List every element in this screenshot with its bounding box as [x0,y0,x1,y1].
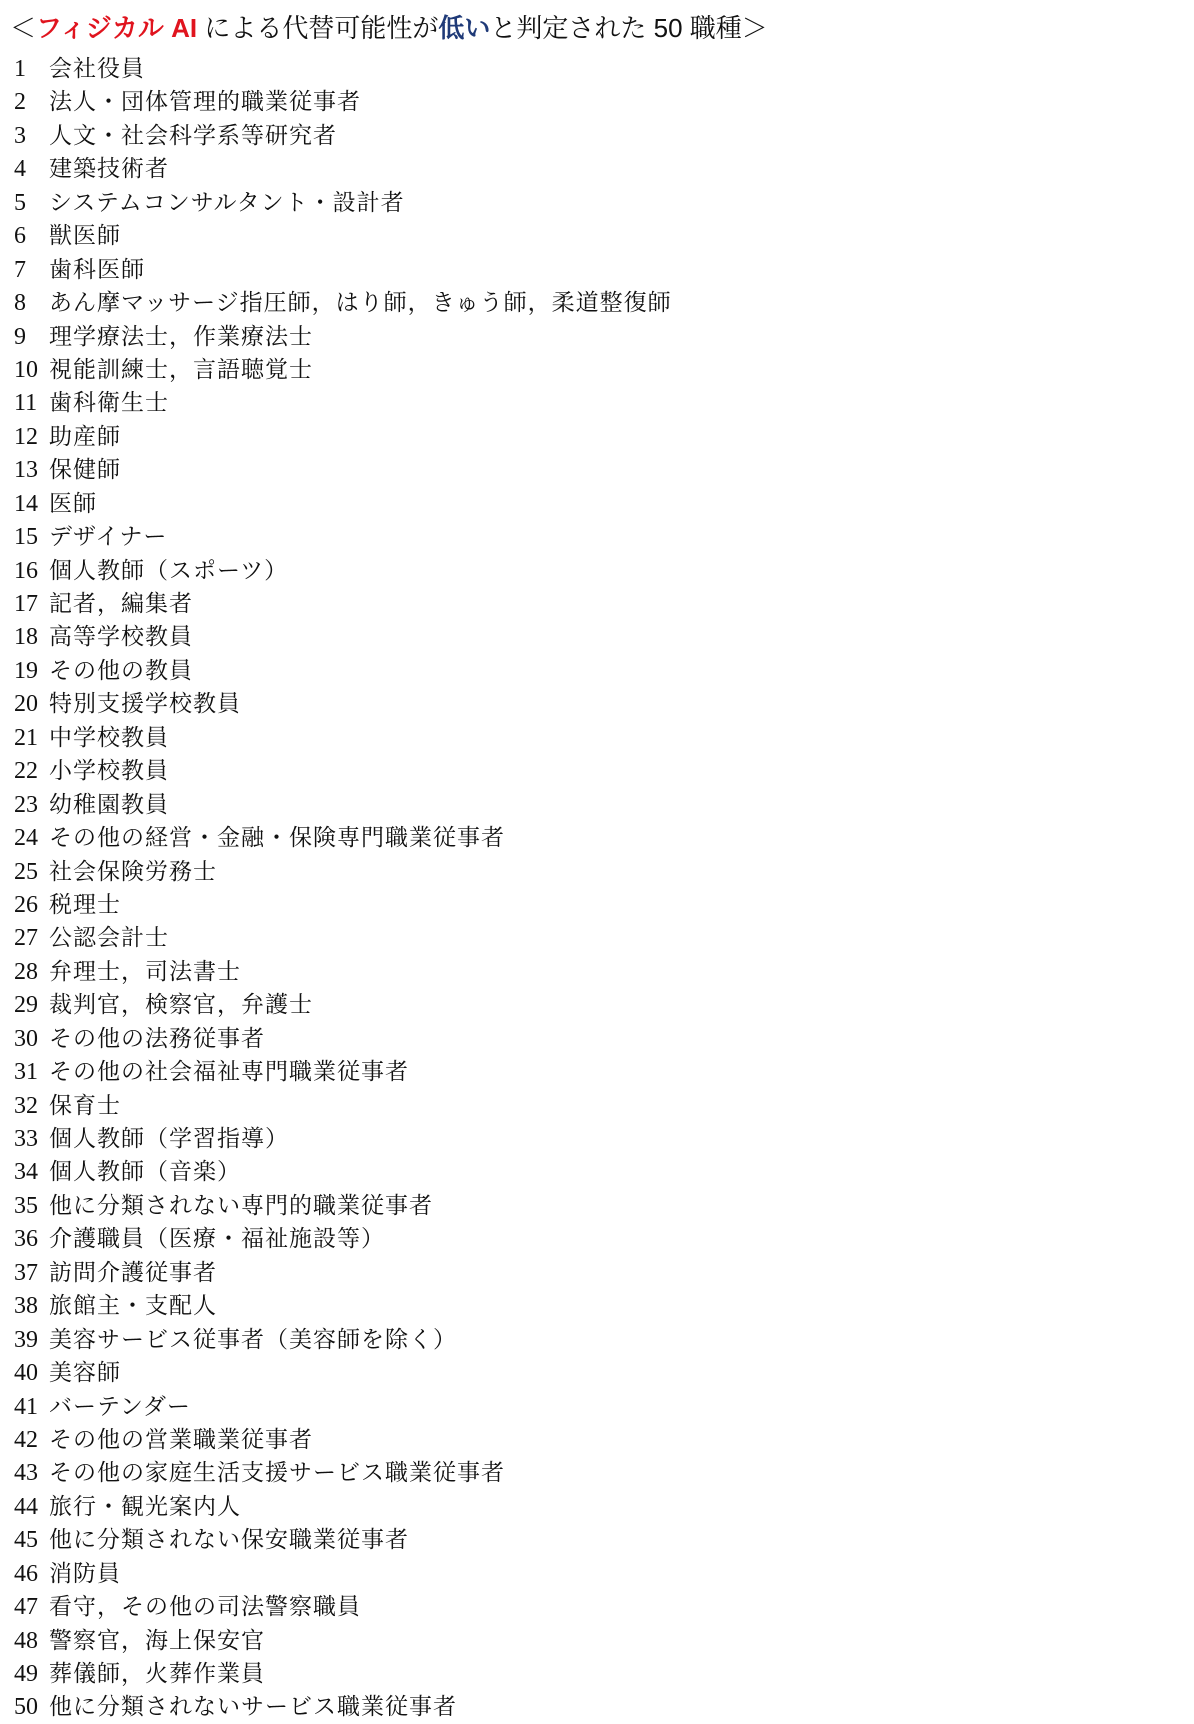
occupation-name: 人文・社会科学系等研究者 [49,120,337,153]
item-number: 33 [14,1123,49,1156]
item-number: 31 [14,1056,49,1089]
list-item: 45他に分類されない保安職業従事者 [14,1524,672,1557]
item-number: 50 [14,1691,49,1724]
occupation-name: 社会保険労務士 [49,856,217,889]
item-number: 6 [14,220,49,253]
occupation-name: 記者，編集者 [49,588,193,621]
occupation-name: 裁判官，検察官，弁護士 [49,989,313,1022]
item-number: 2 [14,86,49,119]
item-number: 35 [14,1190,49,1223]
item-number: 3 [14,120,49,153]
list-item: 29裁判官，検察官，弁護士 [14,989,672,1022]
item-number: 42 [14,1424,49,1457]
list-item: 31その他の社会福祉専門職業従事者 [14,1056,672,1089]
occupation-name: システムコンサルタント・設計者 [49,187,405,220]
list-item: 11歯科衛生士 [14,387,672,420]
item-number: 19 [14,655,49,688]
occupation-name: 小学校教員 [49,755,169,788]
list-item: 48警察官，海上保安官 [14,1625,672,1658]
occupation-name: 保健師 [49,454,121,487]
title-highlight-physical-ai: フィジカル AI [36,13,197,43]
item-number: 26 [14,889,49,922]
list-item: 3人文・社会科学系等研究者 [14,120,672,153]
list-item: 43その他の家庭生活支援サービス職業従事者 [14,1457,672,1490]
item-number: 23 [14,789,49,822]
item-number: 28 [14,956,49,989]
occupation-name: 会社役員 [49,53,145,86]
occupation-name: 助産師 [49,421,121,454]
item-number: 45 [14,1524,49,1557]
title-text-part2: と判定された 50 職種 [490,13,741,43]
occupation-name: 介護職員（医療・福祉施設等） [49,1223,385,1256]
occupation-name: 幼稚園教員 [49,789,169,822]
list-item: 41バーテンダー [14,1391,672,1424]
item-number: 24 [14,822,49,855]
item-number: 37 [14,1257,49,1290]
occupation-name: その他の社会福祉専門職業従事者 [49,1056,409,1089]
occupation-name: 葬儀師，火葬作業員 [49,1658,265,1691]
title-open-bracket: ＜ [10,13,36,43]
item-number: 22 [14,755,49,788]
item-number: 17 [14,588,49,621]
occupation-name: その他の家庭生活支援サービス職業従事者 [49,1457,505,1490]
occupation-name: 法人・団体管理的職業従事者 [49,86,361,119]
occupation-name: 獣医師 [49,220,121,253]
list-item: 42その他の営業職業従事者 [14,1424,672,1457]
item-number: 5 [14,187,49,220]
list-item: 6獣医師 [14,220,672,253]
occupation-name: 特別支援学校教員 [49,688,241,721]
list-item: 47看守，その他の司法警察職員 [14,1591,672,1624]
item-number: 49 [14,1658,49,1691]
list-item: 49葬儀師，火葬作業員 [14,1658,672,1691]
list-item: 24その他の経営・金融・保険専門職業従事者 [14,822,672,855]
list-item: 9理学療法士，作業療法士 [14,321,672,354]
list-item: 39美容サービス従事者（美容師を除く） [14,1324,672,1357]
item-number: 9 [14,321,49,354]
occupation-name: 他に分類されない専門的職業従事者 [49,1190,433,1223]
occupation-name: バーテンダー [49,1391,191,1424]
occupation-name: 警察官，海上保安官 [49,1625,265,1658]
item-number: 40 [14,1357,49,1390]
item-number: 8 [14,287,49,320]
item-number: 46 [14,1558,49,1591]
list-item: 33個人教師（学習指導） [14,1123,672,1156]
occupation-name: 美容サービス従事者（美容師を除く） [49,1324,457,1357]
occupation-name: 視能訓練士，言語聴覚士 [49,354,313,387]
occupation-name: あん摩マッサージ指圧師，はり師，きゅう師，柔道整復師 [49,287,672,320]
occupation-name: 中学校教員 [49,722,169,755]
list-item: 14医師 [14,488,672,521]
list-item: 25社会保険労務士 [14,856,672,889]
item-number: 20 [14,688,49,721]
occupation-name: 建築技術者 [49,153,169,186]
item-number: 12 [14,421,49,454]
occupation-name: 理学療法士，作業療法士 [49,321,313,354]
item-number: 14 [14,488,49,521]
title-text-part1: による代替可能性が [197,13,438,43]
item-number: 16 [14,555,49,588]
item-number: 34 [14,1156,49,1189]
item-number: 27 [14,922,49,955]
occupation-list: 1会社役員2法人・団体管理的職業従事者3人文・社会科学系等研究者4建築技術者5シ… [14,53,672,1724]
item-number: 21 [14,722,49,755]
occupation-name: その他の経営・金融・保険専門職業従事者 [49,822,505,855]
list-item: 26税理士 [14,889,672,922]
list-item: 32保育士 [14,1090,672,1123]
occupation-name: その他の教員 [49,655,193,688]
list-item: 18高等学校教員 [14,621,672,654]
item-number: 41 [14,1391,49,1424]
occupation-name: 個人教師（スポーツ） [49,555,288,588]
occupation-name: 歯科衛生士 [49,387,169,420]
list-item: 2法人・団体管理的職業従事者 [14,86,672,119]
list-item: 34個人教師（音楽） [14,1156,672,1189]
occupation-name: その他の法務従事者 [49,1023,265,1056]
item-number: 7 [14,254,49,287]
list-item: 21中学校教員 [14,722,672,755]
list-item: 36介護職員（医療・福祉施設等） [14,1223,672,1256]
list-item: 10視能訓練士，言語聴覚士 [14,354,672,387]
title-close-bracket: ＞ [742,13,768,43]
item-number: 10 [14,354,49,387]
item-number: 39 [14,1324,49,1357]
list-item: 4建築技術者 [14,153,672,186]
list-item: 35他に分類されない専門的職業従事者 [14,1190,672,1223]
occupation-name: 訪問介護従事者 [49,1257,217,1290]
item-number: 4 [14,153,49,186]
item-number: 44 [14,1491,49,1524]
list-item: 7歯科医師 [14,254,672,287]
list-item: 38旅館主・支配人 [14,1290,672,1323]
occupation-name: 旅館主・支配人 [49,1290,217,1323]
list-item: 50他に分類されないサービス職業従事者 [14,1691,672,1724]
item-number: 36 [14,1223,49,1256]
item-number: 47 [14,1591,49,1624]
occupation-name: 保育士 [49,1090,121,1123]
occupation-name: 旅行・観光案内人 [49,1491,241,1524]
occupation-name: デザイナー [49,521,167,554]
item-number: 48 [14,1625,49,1658]
occupation-name: 高等学校教員 [49,621,193,654]
occupation-name: 他に分類されないサービス職業従事者 [49,1691,457,1724]
list-item: 8あん摩マッサージ指圧師，はり師，きゅう師，柔道整復師 [14,287,672,320]
occupation-name: 弁理士，司法書士 [49,956,241,989]
occupation-name: 個人教師（音楽） [49,1156,241,1189]
item-number: 11 [14,387,49,420]
occupation-name: 歯科医師 [49,254,145,287]
list-item: 37訪問介護従事者 [14,1257,672,1290]
list-item: 16個人教師（スポーツ） [14,555,672,588]
item-number: 25 [14,856,49,889]
list-item: 1会社役員 [14,53,672,86]
occupation-name: 医師 [49,488,97,521]
occupation-name: その他の営業職業従事者 [49,1424,313,1457]
occupation-name: 公認会計士 [49,922,169,955]
item-number: 43 [14,1457,49,1490]
list-item: 17記者，編集者 [14,588,672,621]
occupation-name: 美容師 [49,1357,121,1390]
item-number: 1 [14,53,49,86]
list-item: 12助産師 [14,421,672,454]
title-highlight-low: 低い [438,13,490,43]
occupation-name: 看守，その他の司法警察職員 [49,1591,361,1624]
list-item: 23幼稚園教員 [14,789,672,822]
list-item: 27公認会計士 [14,922,672,955]
list-item: 15デザイナー [14,521,672,554]
occupation-name: 消防員 [49,1558,121,1591]
list-item: 19その他の教員 [14,655,672,688]
item-number: 29 [14,989,49,1022]
list-item: 44旅行・観光案内人 [14,1491,672,1524]
occupation-name: 個人教師（学習指導） [49,1123,289,1156]
occupation-name: 税理士 [49,889,121,922]
item-number: 18 [14,621,49,654]
list-item: 20特別支援学校教員 [14,688,672,721]
list-item: 30その他の法務従事者 [14,1023,672,1056]
list-item: 13保健師 [14,454,672,487]
occupation-name: 他に分類されない保安職業従事者 [49,1524,409,1557]
list-item: 46消防員 [14,1558,672,1591]
item-number: 13 [14,454,49,487]
list-item: 22小学校教員 [14,755,672,788]
item-number: 32 [14,1090,49,1123]
list-item: 28弁理士，司法書士 [14,956,672,989]
item-number: 30 [14,1023,49,1056]
item-number: 15 [14,521,49,554]
list-item: 40美容師 [14,1357,672,1390]
page-title: ＜フィジカル AI による代替可能性が低いと判定された 50 職種＞ [10,8,768,48]
item-number: 38 [14,1290,49,1323]
list-item: 5システムコンサルタント・設計者 [14,187,672,220]
